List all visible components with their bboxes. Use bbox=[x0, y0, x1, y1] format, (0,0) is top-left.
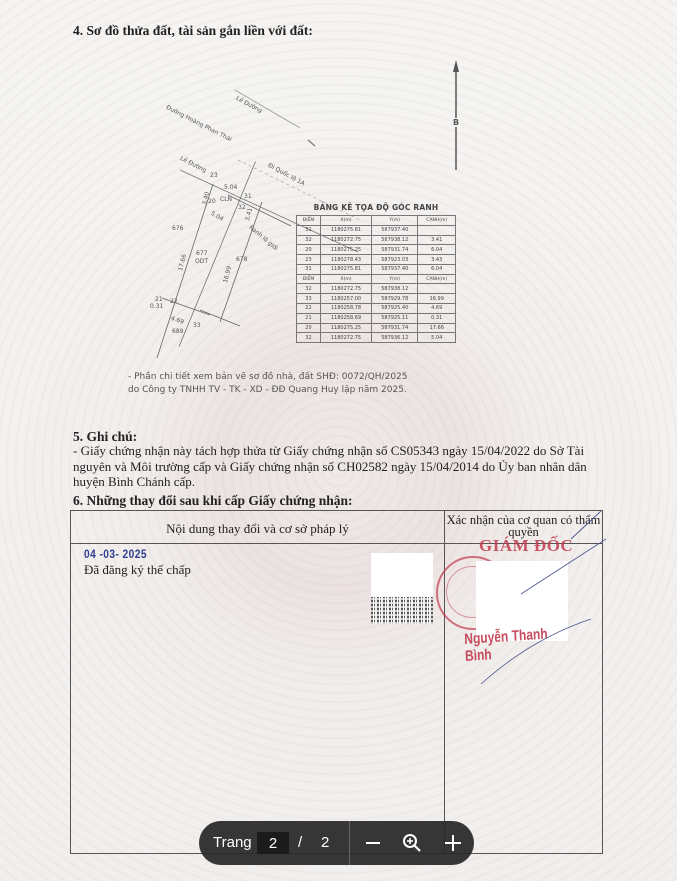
cell-point: 32 bbox=[297, 235, 321, 245]
cell-x: 1180257.00 bbox=[320, 294, 371, 304]
col-header-edge: CẠNH(m) bbox=[418, 274, 456, 284]
point-22-label: 22 bbox=[170, 298, 178, 305]
section-5-text: - Giấy chứng nhận này tách hợp thửa từ G… bbox=[73, 443, 603, 490]
detail-note-line2: do Công ty TNHH TV - TK - XD - ĐĐ Quang … bbox=[128, 384, 408, 397]
parcel-678-label: 678 bbox=[236, 256, 247, 263]
document-page: 4. Sơ đồ thửa đất, tài sản gắn liền với … bbox=[0, 0, 677, 881]
cell-point: 32 bbox=[297, 333, 321, 343]
section-4-heading: 4. Sơ đồ thửa đất, tài sản gắn liền với … bbox=[73, 23, 313, 39]
cell-x: 1180272.75 bbox=[320, 333, 371, 343]
total-pages: 2 bbox=[321, 834, 329, 851]
detail-note-line1: - Phần chi tiết xem bản vẽ sơ đồ nhà, đấ… bbox=[128, 371, 408, 384]
point-20-label: 20 bbox=[208, 198, 216, 205]
cell-x: 1180275.81 bbox=[320, 264, 371, 274]
cell-point: 33 bbox=[297, 294, 321, 304]
cell-y: 587923.03 bbox=[372, 255, 418, 265]
cell-point: 31 bbox=[297, 264, 321, 274]
parcel-type-label: ODT bbox=[195, 258, 208, 265]
cell-y: 587938.12 bbox=[372, 235, 418, 245]
entry-content: Đã đăng ký thế chấp bbox=[84, 562, 191, 578]
zoom-fit-button[interactable] bbox=[398, 829, 426, 857]
coordinate-row: 221180258.78587925.404.69 bbox=[297, 304, 456, 314]
cell-point: 31 bbox=[297, 225, 321, 235]
col-header-point: ĐIỂM bbox=[297, 274, 321, 284]
zoom-out-button[interactable] bbox=[359, 829, 387, 857]
cell-edge: 17.66 bbox=[418, 323, 456, 333]
coordinate-row: 321180272.75587936.125.04 bbox=[297, 333, 456, 343]
coordinate-row: 231180278.43587923.033.43 bbox=[297, 255, 456, 265]
edge-tiny-label: 0.31 bbox=[150, 303, 163, 310]
col-header-y: Y(m) bbox=[372, 216, 418, 226]
plus-icon bbox=[444, 834, 462, 852]
page-label: Trang bbox=[213, 834, 252, 851]
cell-point: 23 bbox=[297, 255, 321, 265]
col-header-edge: CẠNH(m) bbox=[418, 216, 456, 226]
col-header-point: ĐIỂM bbox=[297, 216, 321, 226]
cell-edge: 5.04 bbox=[418, 333, 456, 343]
coordinate-row: 311180275.81587937.406.04 bbox=[297, 264, 456, 274]
coordinate-row: 321180272.75587938.12 bbox=[297, 284, 456, 294]
cell-x: 1180278.43 bbox=[320, 255, 371, 265]
point-33-label: 33 bbox=[193, 322, 201, 329]
cln-label: CLN bbox=[220, 196, 232, 203]
cell-edge: 6.04 bbox=[418, 245, 456, 255]
coordinate-row: 211180258.69587925.110.31 bbox=[297, 313, 456, 323]
coordinate-row: 201180275.25587931.7417.66 bbox=[297, 323, 456, 333]
cell-y: 587931.74 bbox=[372, 245, 418, 255]
cell-point: 32 bbox=[297, 284, 321, 294]
signature-strokes bbox=[371, 509, 611, 689]
cell-edge: 0.31 bbox=[418, 313, 456, 323]
pdf-viewer-toolbar: Trang / 2 bbox=[199, 821, 474, 865]
zoom-in-button[interactable] bbox=[439, 829, 467, 857]
cell-x: 1180272.75 bbox=[320, 235, 371, 245]
coordinate-row: 321180272.75587938.123.41 bbox=[297, 235, 456, 245]
cell-x: 1180258.78 bbox=[320, 304, 371, 314]
cell-y: 587929.78 bbox=[372, 294, 418, 304]
point-31-label: 31 bbox=[244, 193, 252, 200]
col-header-x: X(m) bbox=[320, 216, 371, 226]
parcel-676-label: 676 bbox=[172, 225, 183, 232]
entry-date-stamp: 04 -03- 2025 bbox=[84, 547, 147, 561]
toolbar-divider bbox=[349, 821, 350, 865]
point-23-label: 23 bbox=[210, 172, 218, 179]
point-32-label: 32 bbox=[238, 204, 246, 211]
cell-y: 587937.40 bbox=[372, 225, 418, 235]
cell-y: 587937.40 bbox=[372, 264, 418, 274]
page-separator: / bbox=[298, 834, 302, 851]
cell-y: 587938.12 bbox=[372, 284, 418, 294]
cell-point: 20 bbox=[297, 245, 321, 255]
cell-x: 1180272.75 bbox=[320, 284, 371, 294]
cell-y: 587936.12 bbox=[372, 333, 418, 343]
cell-edge: 16.99 bbox=[418, 294, 456, 304]
cell-edge: 6.04 bbox=[418, 264, 456, 274]
north-label: B bbox=[453, 118, 459, 127]
cell-edge: 4.69 bbox=[418, 304, 456, 314]
cell-point: 21 bbox=[297, 313, 321, 323]
cell-point: 20 bbox=[297, 323, 321, 333]
cell-edge: 3.43 bbox=[418, 255, 456, 265]
section-6-heading: 6. Những thay đổi sau khi cấp Giấy chứng… bbox=[73, 493, 353, 509]
cell-edge bbox=[418, 225, 456, 235]
detail-note: - Phần chi tiết xem bản vẽ sơ đồ nhà, đấ… bbox=[128, 371, 408, 396]
changes-table: Nội dung thay đổi và cơ sở pháp lý Xác n… bbox=[70, 510, 603, 854]
coordinate-row: 201180275.25587931.746.04 bbox=[297, 245, 456, 255]
cell-x: 1180275.25 bbox=[320, 323, 371, 333]
col-header-y: Y(m) bbox=[372, 274, 418, 284]
cell-y: 587931.74 bbox=[372, 323, 418, 333]
cell-x: 1180275.25 bbox=[320, 245, 371, 255]
current-page-input[interactable] bbox=[257, 832, 289, 854]
minus-icon bbox=[365, 835, 381, 851]
magnifier-plus-icon bbox=[402, 833, 422, 853]
coordinate-row: 311180275.81587937.40 bbox=[297, 225, 456, 235]
col-header-x: X(m) bbox=[320, 274, 371, 284]
cell-y: 587925.11 bbox=[372, 313, 418, 323]
coordinate-table: BẢNG KÊ TỌA ĐỘ GÓC RANH ĐIỂM X(m) Y(m) C… bbox=[296, 203, 456, 343]
cell-x: 1180258.69 bbox=[320, 313, 371, 323]
cell-edge bbox=[418, 284, 456, 294]
parcel-677-label: 677 bbox=[196, 250, 207, 257]
cell-edge: 3.41 bbox=[418, 235, 456, 245]
coordinate-table-title: BẢNG KÊ TỌA ĐỘ GÓC RANH bbox=[296, 203, 456, 212]
cell-point: 22 bbox=[297, 304, 321, 314]
coordinate-row: 331180257.00587929.7816.99 bbox=[297, 294, 456, 304]
cell-y: 587925.40 bbox=[372, 304, 418, 314]
cell-x: 1180275.81 bbox=[320, 225, 371, 235]
edge-top-label: 5.04 bbox=[224, 184, 237, 191]
point-21-label: 21 bbox=[155, 296, 163, 303]
parcel-689-label: 689 bbox=[172, 328, 183, 335]
